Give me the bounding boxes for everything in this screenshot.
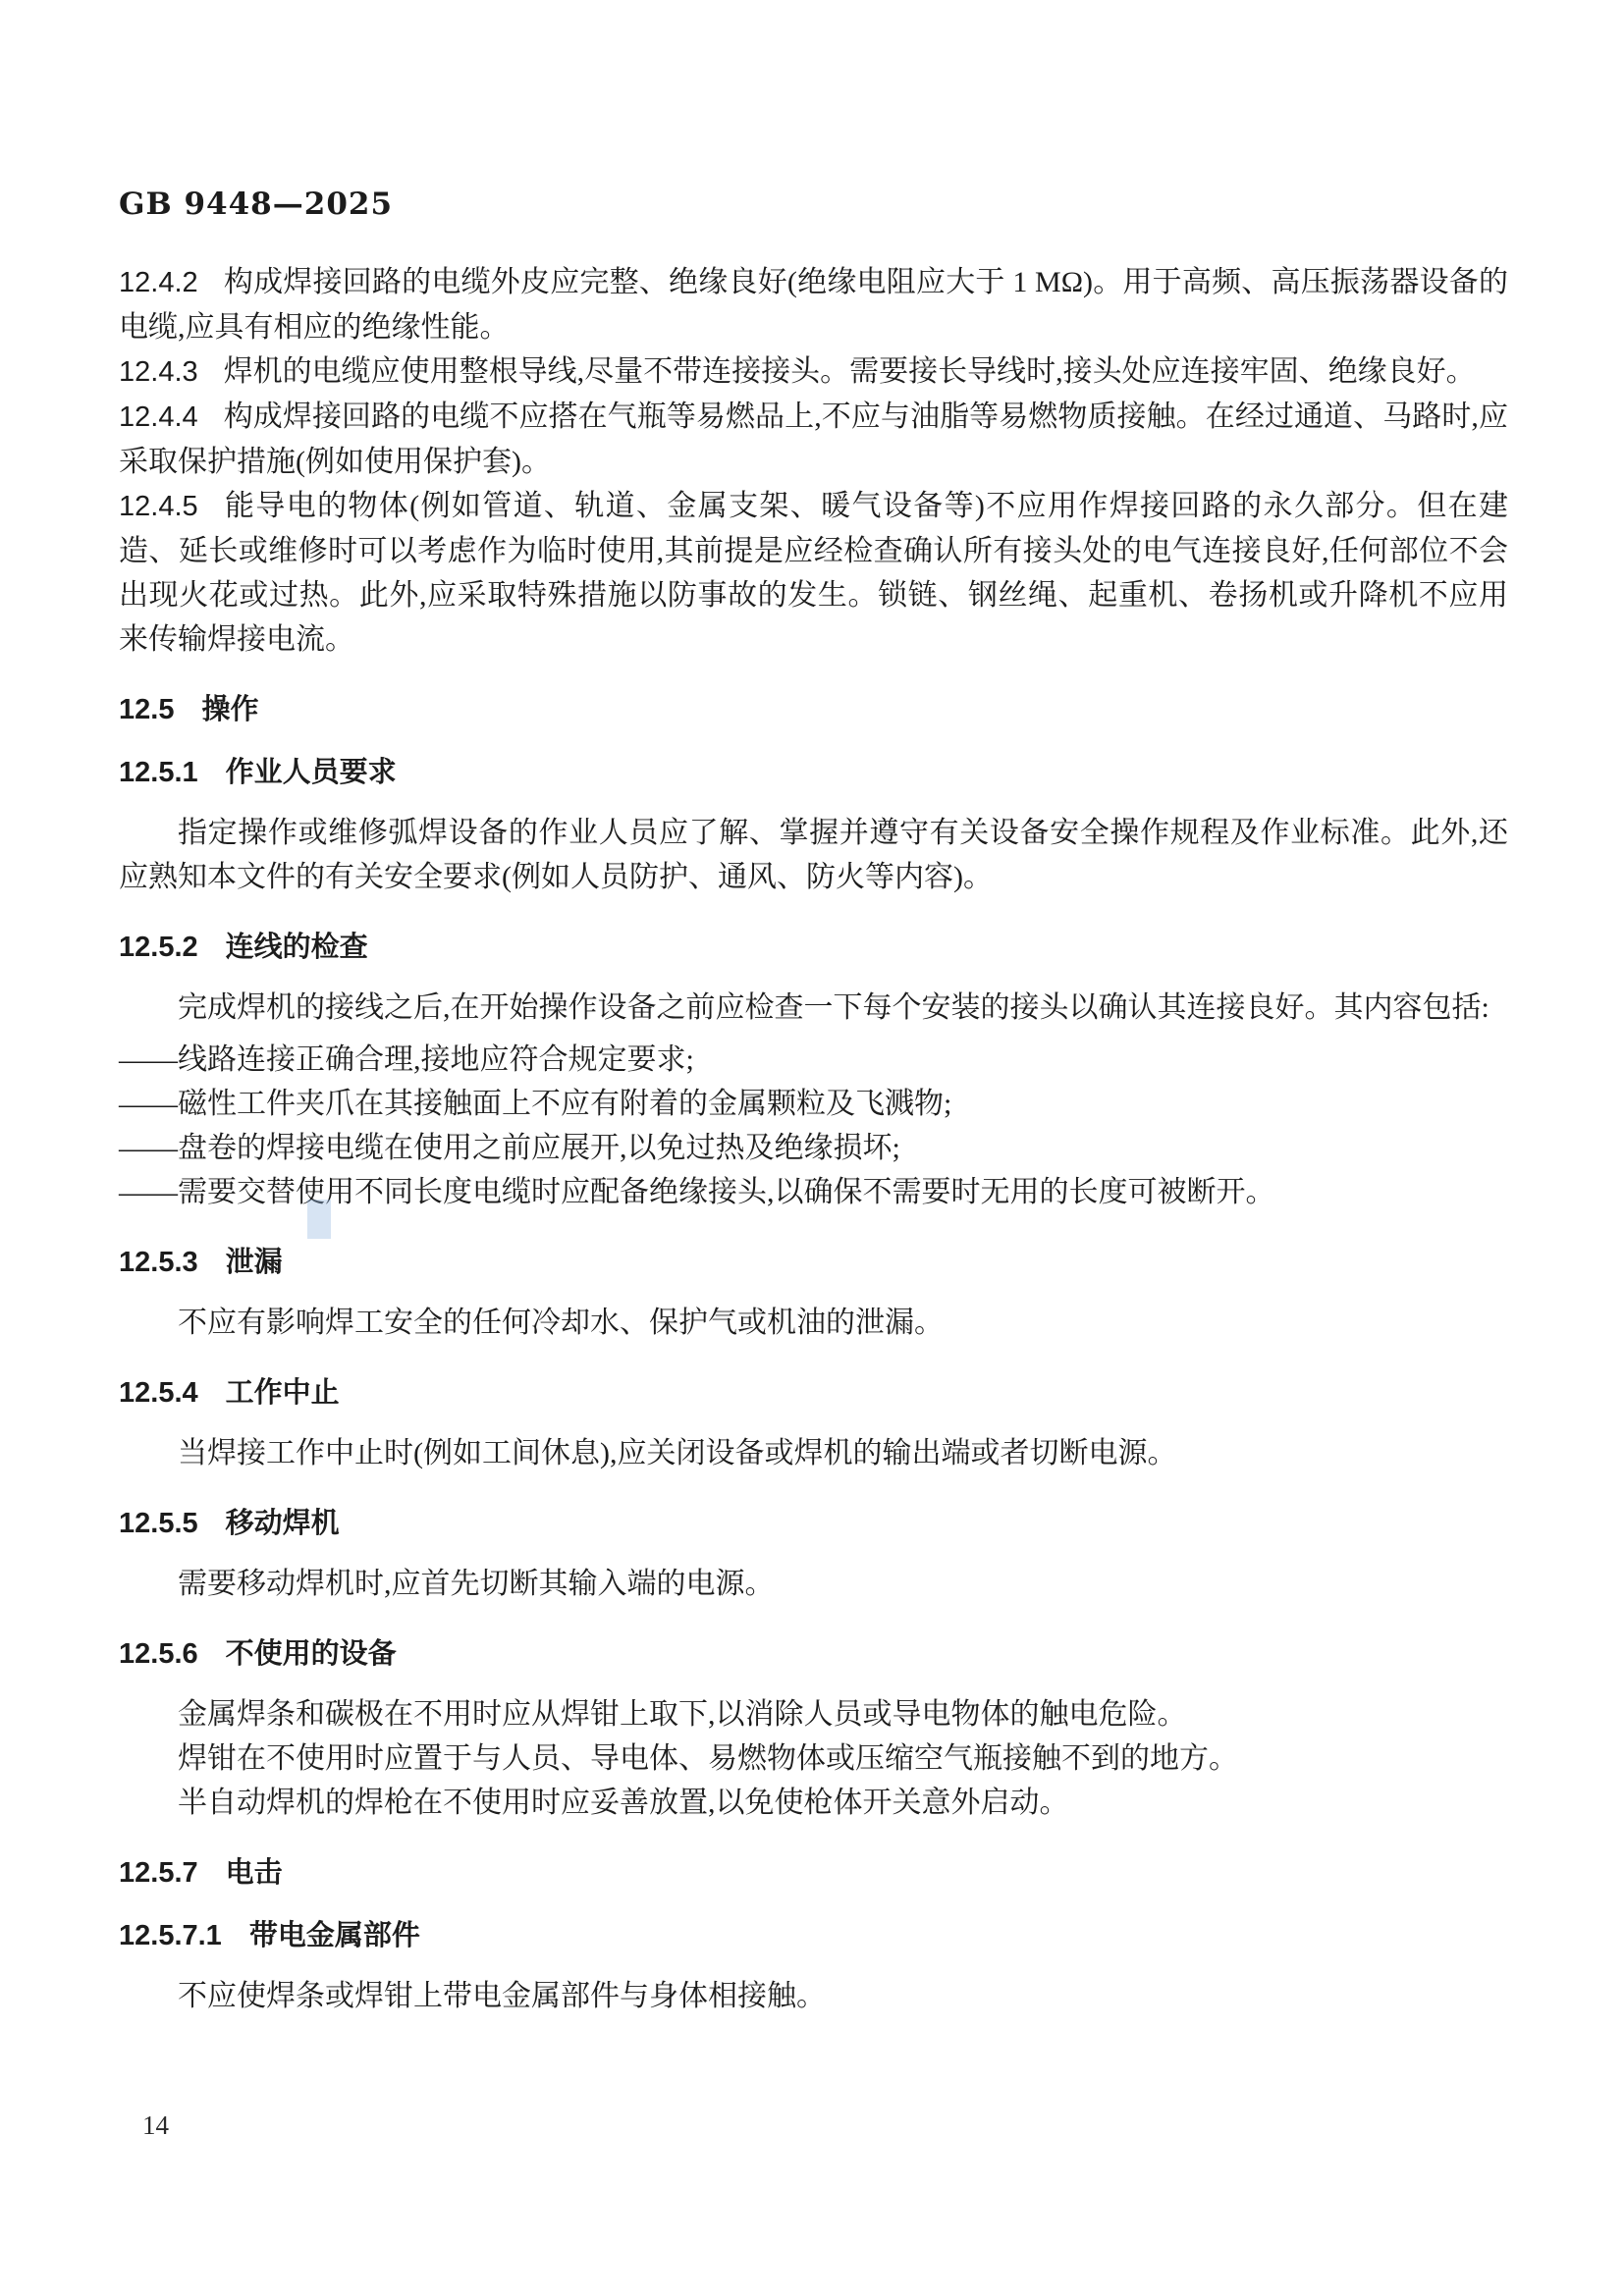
- paragraph-text: 指定操作或维修弧焊设备的作业人员应了解、掌握并遵守有关设备安全操作规程及作业标准…: [119, 817, 1508, 893]
- heading-number: 12.5.3: [119, 1247, 198, 1278]
- heading-title: 电击: [226, 1857, 283, 1889]
- clause-number: 12.4.3: [119, 356, 198, 388]
- paragraph-text: 金属焊条和碳极在不用时应从焊钳上取下,以消除人员或导电物体的触电危险。: [178, 1698, 1187, 1731]
- heading-title: 泄漏: [226, 1247, 283, 1278]
- document-page: GB 9448—2025 12.4.2构成焊接回路的电缆外皮应完整、绝缘良好(绝…: [0, 0, 1624, 2296]
- dash-item-text: 磁性工件夹爪在其接触面上不应有附着的金属颗粒及飞溅物;: [178, 1088, 951, 1120]
- body-paragraph: 不应有影响焊工安全的任何冷却水、保护气或机油的泄漏。: [119, 1301, 1508, 1345]
- clause-number: 12.4.5: [119, 491, 198, 522]
- heading-number: 12.5: [119, 694, 174, 725]
- section-heading-12-5-4: 12.5.4工作中止: [119, 1378, 1508, 1408]
- section-heading-12-5-2: 12.5.2连线的检查: [119, 933, 1508, 962]
- dash-item-text: 盘卷的焊接电缆在使用之前应展开,以免过热及绝缘损坏;: [178, 1132, 900, 1164]
- dash-list-item: ——需要交替使用不同长度电缆时应配备绝缘接头,以确保不需要时无用的长度可被断开。: [119, 1170, 1508, 1214]
- dash-prefix: ——: [119, 1043, 178, 1076]
- standard-number-header: GB 9448—2025: [119, 187, 393, 222]
- heading-number: 12.5.6: [119, 1638, 198, 1670]
- body-paragraph: 金属焊条和碳极在不用时应从焊钳上取下,以消除人员或导电物体的触电危险。: [119, 1692, 1508, 1736]
- section-heading-12-5-7-1: 12.5.7.1带电金属部件: [119, 1921, 1508, 1950]
- heading-number: 12.5.7: [119, 1857, 198, 1889]
- clause-text: 构成焊接回路的电缆外皮应完整、绝缘良好(绝缘电阻应大于 1 MΩ)。用于高频、高…: [119, 266, 1508, 344]
- paragraph-text: 半自动焊机的焊枪在不使用时应妥善放置,以免使枪体开关意外启动。: [178, 1787, 1069, 1819]
- dash-prefix: ——: [119, 1132, 178, 1164]
- body-paragraph: 不应使焊条或焊钳上带电金属部件与身体相接触。: [119, 1974, 1508, 2018]
- clause-12-4-5: 12.4.5能导电的物体(例如管道、轨道、金属支架、暖气设备等)不应用作焊接回路…: [119, 484, 1508, 662]
- paragraph-text: 不应有影响焊工安全的任何冷却水、保护气或机油的泄漏。: [178, 1307, 944, 1339]
- body-paragraph: 完成焊机的接线之后,在开始操作设备之前应检查一下每个安装的接头以确认其连接良好。…: [119, 986, 1508, 1030]
- clause-text: 能导电的物体(例如管道、轨道、金属支架、暖气设备等)不应用作焊接回路的永久部分。…: [119, 490, 1508, 656]
- heading-title: 移动焊机: [226, 1508, 340, 1539]
- heading-number: 12.5.2: [119, 932, 198, 963]
- clause-number: 12.4.2: [119, 267, 198, 298]
- heading-number: 12.5.1: [119, 757, 198, 788]
- paragraph-text: 需要移动焊机时,应首先切断其输入端的电源。: [178, 1568, 775, 1600]
- heading-number: 12.5.4: [119, 1377, 198, 1409]
- clause-12-4-4: 12.4.4构成焊接回路的电缆不应搭在气瓶等易燃品上,不应与油脂等易燃物质接触。…: [119, 395, 1508, 484]
- heading-title: 连线的检查: [226, 932, 368, 963]
- document-body: 12.4.2构成焊接回路的电缆外皮应完整、绝缘良好(绝缘电阻应大于 1 MΩ)。…: [119, 260, 1508, 2018]
- heading-title: 作业人员要求: [226, 757, 397, 788]
- section-heading-12-5-5: 12.5.5移动焊机: [119, 1509, 1508, 1538]
- dash-item-text: 需要交替使用不同长度电缆时应配备绝缘接头,以确保不需要时无用的长度可被断开。: [178, 1176, 1275, 1208]
- heading-title: 不使用的设备: [226, 1638, 397, 1670]
- dash-item-text: 线路连接正确合理,接地应符合规定要求;: [178, 1043, 694, 1076]
- clause-number: 12.4.4: [119, 401, 198, 433]
- page-number: 14: [142, 2110, 169, 2140]
- dash-list-item: ——线路连接正确合理,接地应符合规定要求;: [119, 1038, 1508, 1082]
- body-paragraph: 需要移动焊机时,应首先切断其输入端的电源。: [119, 1562, 1508, 1606]
- body-paragraph: 焊钳在不使用时应置于与人员、导电体、易燃物体或压缩空气瓶接触不到的地方。: [119, 1736, 1508, 1781]
- paragraph-text: 不应使焊条或焊钳上带电金属部件与身体相接触。: [178, 1980, 826, 2012]
- dash-prefix: ——: [119, 1176, 178, 1208]
- section-heading-12-5-7: 12.5.7电击: [119, 1858, 1508, 1888]
- body-paragraph: 当焊接工作中止时(例如工间休息),应关闭设备或焊机的输出端或者切断电源。: [119, 1431, 1508, 1475]
- paragraph-text: 当焊接工作中止时(例如工间休息),应关闭设备或焊机的输出端或者切断电源。: [178, 1437, 1176, 1469]
- paragraph-text: 完成焊机的接线之后,在开始操作设备之前应检查一下每个安装的接头以确认其连接良好。…: [178, 991, 1489, 1024]
- body-paragraph: 指定操作或维修弧焊设备的作业人员应了解、掌握并遵守有关设备安全操作规程及作业标准…: [119, 811, 1508, 899]
- dash-list-item: ——磁性工件夹爪在其接触面上不应有附着的金属颗粒及飞溅物;: [119, 1082, 1508, 1126]
- heading-number: 12.5.7.1: [119, 1920, 222, 1951]
- paragraph-text: 焊钳在不使用时应置于与人员、导电体、易燃物体或压缩空气瓶接触不到的地方。: [178, 1742, 1238, 1775]
- clause-12-4-2: 12.4.2构成焊接回路的电缆外皮应完整、绝缘良好(绝缘电阻应大于 1 MΩ)。…: [119, 260, 1508, 349]
- section-heading-12-5-3: 12.5.3泄漏: [119, 1248, 1508, 1277]
- clause-text: 构成焊接回路的电缆不应搭在气瓶等易燃品上,不应与油脂等易燃物质接触。在经过通道、…: [119, 400, 1508, 478]
- heading-title: 操作: [201, 694, 258, 725]
- section-heading-12-5-1: 12.5.1作业人员要求: [119, 758, 1508, 787]
- dash-list-item: ——盘卷的焊接电缆在使用之前应展开,以免过热及绝缘损坏;: [119, 1126, 1508, 1170]
- dash-prefix: ——: [119, 1088, 178, 1120]
- heading-title: 带电金属部件: [249, 1920, 420, 1951]
- section-heading-12-5-6: 12.5.6不使用的设备: [119, 1639, 1508, 1669]
- heading-number: 12.5.5: [119, 1508, 198, 1539]
- clause-text: 焊机的电缆应使用整根导线,尽量不带连接接头。需要接长导线时,接头处应连接牢固、绝…: [224, 355, 1476, 388]
- clause-12-4-3: 12.4.3焊机的电缆应使用整根导线,尽量不带连接接头。需要接长导线时,接头处应…: [119, 349, 1508, 395]
- heading-title: 工作中止: [226, 1377, 340, 1409]
- body-paragraph: 半自动焊机的焊枪在不使用时应妥善放置,以免使枪体开关意外启动。: [119, 1781, 1508, 1825]
- section-heading-12-5: 12.5操作: [119, 695, 1508, 724]
